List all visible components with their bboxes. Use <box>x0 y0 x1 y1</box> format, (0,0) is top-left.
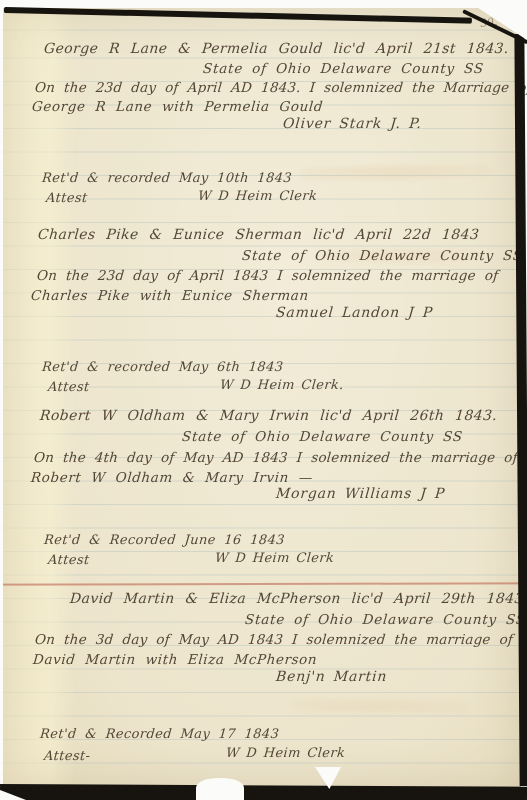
solemnized-line: On the 4th day of May AD 1843 I solemniz… <box>33 450 518 466</box>
recorded-line: Ret'd & recorded May 6th 1843 <box>41 360 284 375</box>
clerk-signature: W D Heim Clerk <box>225 746 345 761</box>
recorded-line: Ret'd & Recorded June 16 1843 <box>43 533 285 548</box>
recorded-line: Ret'd & Recorded May 17 1843 <box>39 727 280 742</box>
paper-sheet <box>3 8 521 788</box>
couple-line: David Martin with Eliza McPherson <box>32 652 318 668</box>
solemnized-line: On the 23d day of April 1843 I solemnize… <box>36 268 499 284</box>
clerk-signature: W D Heim Clerk. <box>219 378 344 393</box>
state-county-line: State of Ohio Delaware County SS <box>244 612 526 628</box>
clerk-signature: W D Heim Clerk <box>214 551 334 566</box>
paper-tear <box>196 778 244 800</box>
book-edge-bottom <box>0 784 527 800</box>
officiant-signature: Morgan Williams J P <box>275 486 446 502</box>
record-title: George R Lane & Permelia Gould lic'd Apr… <box>43 41 509 57</box>
officiant-signature: Samuel Landon J P <box>275 305 433 321</box>
ledger-page-scan: 30. George R Lane & Permelia Gould lic'd… <box>0 0 527 800</box>
attest-label: Attest <box>47 553 90 568</box>
solemnized-line: On the 3d day of May AD 1843 I solemnize… <box>34 632 514 648</box>
couple-line: Robert W Oldham & Mary Irvin — <box>30 470 313 486</box>
officiant-signature: Benj'n Martin <box>275 669 388 685</box>
clerk-signature: W D Heim Clerk <box>197 189 317 204</box>
state-county-line: State of Ohio Delaware County SS <box>202 61 484 77</box>
couple-line: George R Lane with Permelia Gould <box>31 99 323 115</box>
officiant-signature: Oliver Stark J. P. <box>282 116 422 132</box>
record-title: Charles Pike & Eunice Sherman lic'd Apri… <box>37 227 480 243</box>
couple-line: Charles Pike with Eunice Sherman <box>30 288 309 304</box>
state-county-line: State of Ohio Delaware County SS <box>181 429 463 445</box>
record-title: Robert W Oldham & Mary Irwin lic'd April… <box>39 408 498 424</box>
attest-label: Attest <box>47 380 90 395</box>
attest-label: Attest <box>45 191 88 206</box>
recorded-line: Ret'd & recorded May 10th 1843 <box>41 171 292 186</box>
solemnized-line: On the 23d day of April AD 1843. I solem… <box>34 80 527 96</box>
state-county-line: State of Ohio Delaware County SS <box>241 248 523 264</box>
attest-label: Attest- <box>43 749 91 764</box>
record-title: David Martin & Eliza McPherson lic'd Apr… <box>69 591 524 607</box>
